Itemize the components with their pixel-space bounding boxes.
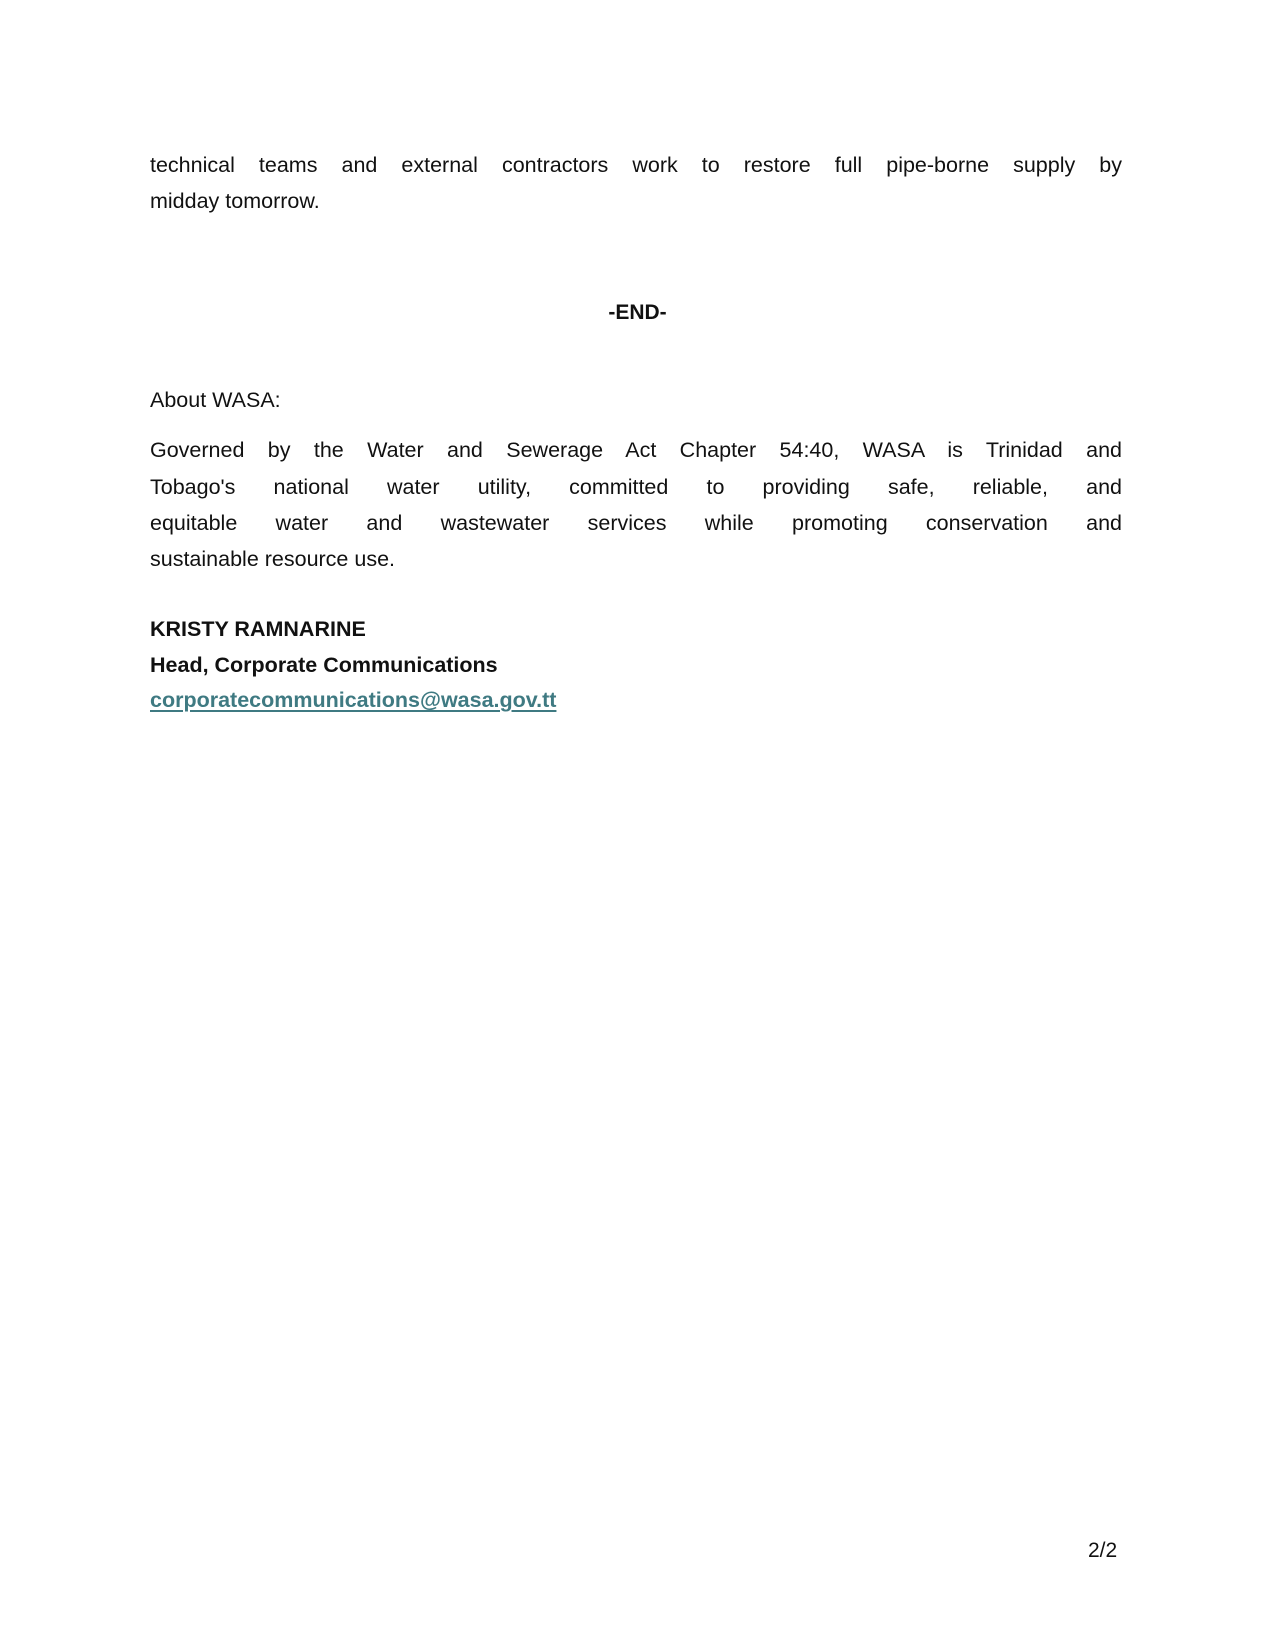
contact-email-link[interactable]: corporatecommunications@wasa.gov.tt	[150, 688, 556, 712]
about-text-line: equitable water and wastewater services …	[150, 510, 1122, 536]
about-text-line: sustainable resource use.	[150, 546, 1122, 572]
about-text-line: Governed by the Water and Sewerage Act C…	[150, 437, 1122, 463]
body-text-line: technical teams and external contractors…	[150, 152, 1122, 178]
about-text-line: Tobago's national water utility, committ…	[150, 474, 1122, 500]
contact-title: Head, Corporate Communications	[150, 652, 1122, 678]
about-heading: About WASA:	[150, 387, 1122, 413]
page-number: 2/2	[1088, 1538, 1117, 1564]
document-page: technical teams and external contractors…	[0, 0, 1275, 1650]
contact-name: KRISTY RAMNARINE	[150, 616, 1122, 642]
body-text-line: midday tomorrow.	[150, 188, 1122, 214]
end-marker: -END-	[0, 300, 1275, 326]
